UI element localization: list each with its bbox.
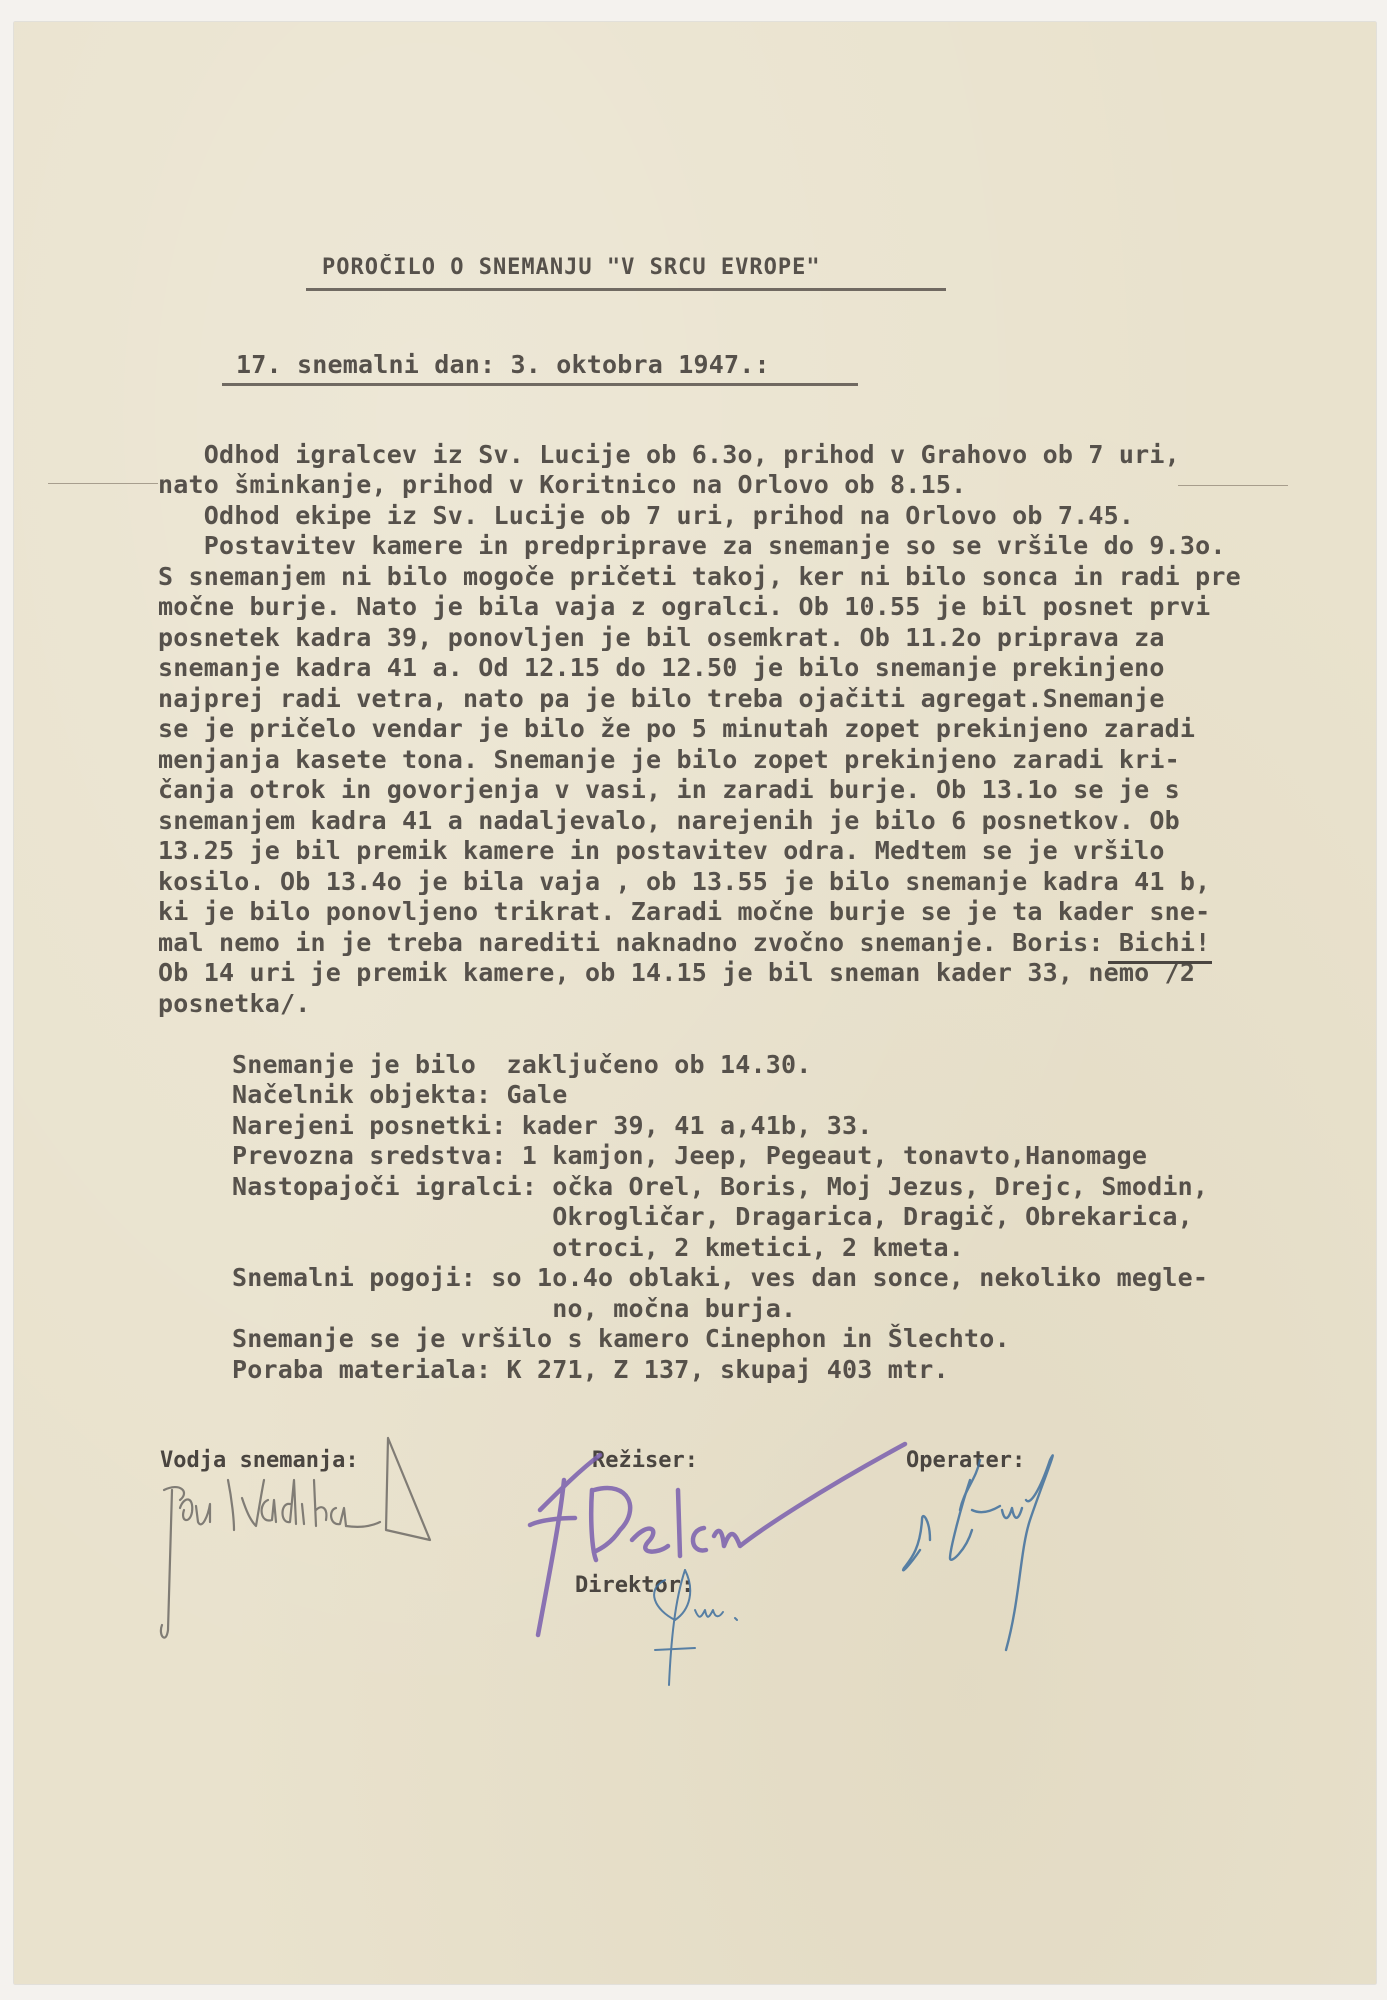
summary-line: Poraba materiala: K 271, Z 137, skupaj 4… [232,1355,949,1385]
summary-line: Snemanje se je vršilo s kamero Cinephon … [232,1324,1010,1354]
body-line: menjanja kasete tona. Snemanje je bilo z… [158,745,1180,775]
margin-mark [48,483,158,484]
body-line: ki je bilo ponovljeno trikrat. Zaradi mo… [158,897,1210,927]
body-line: močne burje. Nato je bila vaja z ogralci… [158,592,1210,622]
body-line: snemanje kadra 41 a. Od 12.15 do 12.50 j… [158,653,1165,683]
body-line: posnetek kadra 39, ponovljen je bil osem… [158,623,1165,653]
summary-line: Snemanje je bilo zaključeno ob 14.30. [232,1050,812,1080]
summary-line: Okrogličar, Dragarica, Dragič, Obrekaric… [232,1202,1193,1232]
summary-line: no, močna burja. [232,1294,796,1324]
body-line: nato šminkanje, prihod v Koritnico na Or… [158,470,966,500]
body-line: kosilo. Ob 13.4o je bila vaja , ob 13.55… [158,867,1210,897]
body-line: čanja otrok in govorjenja v vasi, in zar… [158,775,1180,805]
dateline: 17. snemalni dan: 3. oktobra 1947.: [236,350,770,380]
body-line: posnetka/. [158,989,311,1019]
body-line: Odhod igralcev iz Sv. Lucije ob 6.3o, pr… [158,440,1180,470]
body-line: Postavitev kamere in predpriprave za sne… [158,531,1226,561]
summary-line: Snemalni pogoji: so 1o.4o oblaki, ves da… [232,1263,1208,1293]
body-line: najprej radi vetra, nato pa je bilo treb… [158,684,1165,714]
summary-line: Nastopajoči igralci: očka Orel, Boris, M… [232,1172,1208,1202]
summary-line: Prevozna sredstva: 1 kamjon, Jeep, Pegea… [232,1141,1147,1171]
body-line: 13.25 je bil premik kamere in postavitev… [158,836,1165,866]
blue-ink-signature-icon [880,1450,1210,1670]
blue-ink-director-signature-icon [635,1560,835,1720]
boris-underline [1108,961,1212,964]
pencil-signature-icon [150,1430,490,1670]
margin-mark [1178,485,1288,486]
body-line: snemanjem kadra 41 a nadaljevalo, nareje… [158,806,1180,836]
body-line: S snemanjem ni bilo mogoče pričeti takoj… [158,562,1241,592]
summary-line: Narejeni posnetki: kader 39, 41 a,41b, 3… [232,1111,873,1141]
title-underline [306,288,946,291]
body-line: mal nemo in je treba narediti naknadno z… [158,928,1210,958]
summary-line: otroci, 2 kmetici, 2 kmeta. [232,1233,964,1263]
dateline-underline [222,383,858,386]
document-title: POROČILO O SNEMANJU "V SRCU EVROPE" [322,253,821,283]
body-line: Odhod ekipe iz Sv. Lucije ob 7 uri, prih… [158,501,1134,531]
summary-line: Načelnik objekta: Gale [232,1080,568,1110]
body-line: se je pričelo vendar je bilo že po 5 min… [158,714,1195,744]
body-line: Ob 14 uri je premik kamere, ob 14.15 je … [158,958,1195,988]
